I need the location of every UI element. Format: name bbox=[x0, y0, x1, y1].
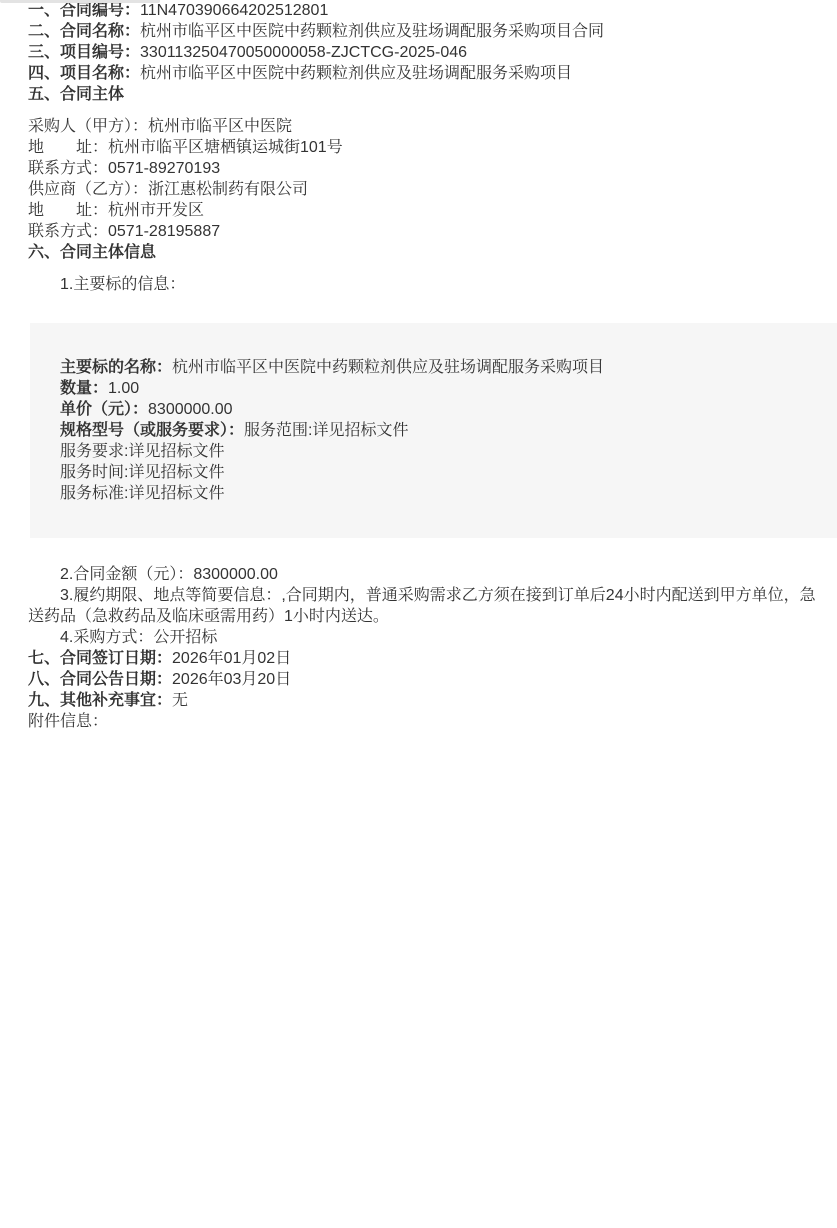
attachment-info-label: 附件信息： bbox=[28, 711, 830, 732]
project-name-label: 四、项目名称： bbox=[28, 65, 140, 82]
contract-announcement-document: 一、合同编号：11N470390664202512801 二、合同名称：杭州市临… bbox=[0, 0, 837, 756]
subject-spec-value: 服务范围:详见招标文件 bbox=[244, 422, 408, 439]
subject-unit-price-value: 8300000.00 bbox=[148, 401, 233, 418]
section-other-matters: 九、其他补充事宜：无 bbox=[28, 690, 830, 711]
subject-quantity-label: 数量： bbox=[60, 380, 108, 397]
subject-info-heading: 六、合同主体信息 bbox=[28, 244, 156, 261]
section-signing-date: 七、合同签订日期：2026年01月02日 bbox=[28, 648, 830, 669]
procurement-method-line: 4.采购方式：公开招标 bbox=[28, 627, 830, 648]
project-name-value: 杭州市临平区中医院中药颗粒剂供应及驻场调配服务采购项目 bbox=[140, 65, 572, 82]
subject-service-requirement-line: 服务要求:详见招标文件 bbox=[60, 441, 817, 462]
supplier-address-line: 地 址：杭州市开发区 bbox=[28, 200, 830, 221]
subject-spec-line: 规格型号（或服务要求）：服务范围:详见招标文件 bbox=[60, 420, 817, 441]
other-matters-value: 无 bbox=[172, 692, 188, 709]
section-project-name: 四、项目名称：杭州市临平区中医院中药颗粒剂供应及驻场调配服务采购项目 bbox=[28, 63, 830, 84]
announcement-date-value: 2026年03月20日 bbox=[172, 671, 291, 688]
contract-amount-line: 2.合同金额（元）：8300000.00 bbox=[28, 564, 830, 585]
section-contract-number: 一、合同编号：11N470390664202512801 bbox=[28, 0, 830, 21]
signing-date-label: 七、合同签订日期： bbox=[28, 650, 172, 667]
other-matters-label: 九、其他补充事宜： bbox=[28, 692, 172, 709]
subject-name-line: 主要标的名称：杭州市临平区中医院中药颗粒剂供应及驻场调配服务采购项目 bbox=[60, 357, 817, 378]
subject-spec-label: 规格型号（或服务要求）： bbox=[60, 422, 244, 439]
subject-quantity-value: 1.00 bbox=[108, 380, 139, 397]
purchaser-contact-line: 联系方式：0571-89270193 bbox=[28, 158, 830, 179]
project-number-label: 三、项目编号： bbox=[28, 44, 140, 61]
section-subject-info-heading: 六、合同主体信息 bbox=[28, 242, 830, 263]
subject-quantity-line: 数量：1.00 bbox=[60, 378, 817, 399]
contract-number-value: 11N470390664202512801 bbox=[140, 2, 328, 19]
subject-name-value: 杭州市临平区中医院中药颗粒剂供应及驻场调配服务采购项目 bbox=[172, 359, 604, 376]
purchaser-address-line: 地 址：杭州市临平区塘栖镇运城街101号 bbox=[28, 137, 830, 158]
announcement-date-label: 八、合同公告日期： bbox=[28, 671, 172, 688]
subject-name-label: 主要标的名称： bbox=[60, 359, 172, 376]
contract-parties-heading: 五、合同主体 bbox=[28, 86, 124, 103]
contract-name-label: 二、合同名称： bbox=[28, 23, 140, 40]
contract-name-value: 杭州市临平区中医院中药颗粒剂供应及驻场调配服务采购项目合同 bbox=[140, 23, 604, 40]
subject-unit-price-label: 单价（元）： bbox=[60, 401, 148, 418]
section-contract-parties-heading: 五、合同主体 bbox=[28, 84, 830, 105]
subject-unit-price-line: 单价（元）：8300000.00 bbox=[60, 399, 817, 420]
supplier-contact-line: 联系方式：0571-28195887 bbox=[28, 221, 830, 242]
main-subject-intro: 1.主要标的信息： bbox=[28, 274, 830, 295]
subject-service-time-line: 服务时间:详见招标文件 bbox=[60, 462, 817, 483]
subject-service-standard-line: 服务标准:详见招标文件 bbox=[60, 483, 817, 504]
cutoff-top-element bbox=[0, 0, 160, 3]
subject-service-standard-value: 服务标准:详见招标文件 bbox=[60, 485, 224, 502]
purchaser-line: 采购人（甲方）：杭州市临平区中医院 bbox=[28, 116, 830, 137]
project-number-value: 330113250470050000058-ZJCTCG-2025-046 bbox=[140, 44, 467, 61]
section-project-number: 三、项目编号：330113250470050000058-ZJCTCG-2025… bbox=[28, 42, 830, 63]
signing-date-value: 2026年01月02日 bbox=[172, 650, 291, 667]
subject-service-requirement-value: 服务要求:详见招标文件 bbox=[60, 443, 224, 460]
contract-number-label: 一、合同编号： bbox=[28, 2, 140, 19]
supplier-line: 供应商（乙方）：浙江惠松制药有限公司 bbox=[28, 179, 830, 200]
performance-terms-paragraph: 3.履约期限、地点等简要信息：,合同期内，普通采购需求乙方须在接到订单后24小时… bbox=[28, 585, 830, 627]
section-contract-name: 二、合同名称：杭州市临平区中医院中药颗粒剂供应及驻场调配服务采购项目合同 bbox=[28, 21, 830, 42]
subject-service-time-value: 服务时间:详见招标文件 bbox=[60, 464, 224, 481]
main-subject-box: 主要标的名称：杭州市临平区中医院中药颗粒剂供应及驻场调配服务采购项目 数量：1.… bbox=[30, 323, 837, 538]
section-announcement-date: 八、合同公告日期：2026年03月20日 bbox=[28, 669, 830, 690]
